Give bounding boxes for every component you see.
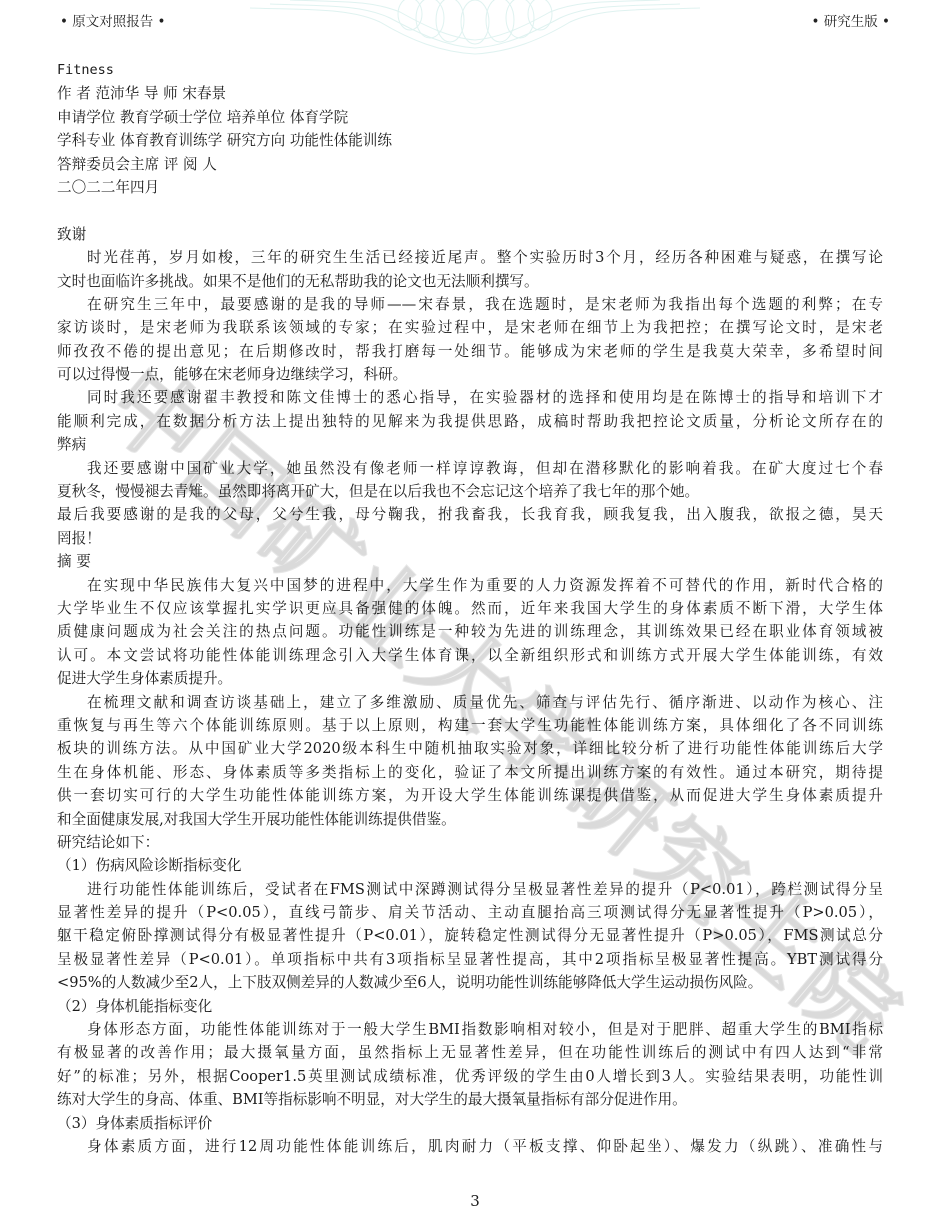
paragraph-line: 师孜孜不倦的提出意见；在后期修改时，帮我打磨每一处细节。能够成为宋老师的学生是我… bbox=[57, 340, 883, 363]
paragraph-line: 生在身体机能、形态、身体素质等多类指标上的变化，验证了本文所提出训练方案的有效性… bbox=[57, 761, 883, 784]
committee-line: 答辩委员会主席 评 阅 人 bbox=[57, 153, 883, 176]
paragraph-line: 在实现中华民族伟大复兴中国梦的进程中，大学生作为重要的人力资源发挥着不可替代的作… bbox=[57, 574, 883, 597]
paragraph-line: <95%的人数减少至2人，上下肢双侧差异的人数减少至6人，说明功能性训练能够降低… bbox=[57, 971, 883, 994]
paragraph-line: 身体形态方面，功能性体能训练对于一般大学生BMI指数影响相对较小，但是对于肥胖、… bbox=[57, 1018, 883, 1041]
document-body: Fitness 作 者 范沛华 导 师 宋春景 申请学位 教育学硕士学位 培养单… bbox=[57, 59, 883, 1158]
paragraph-line: 能顺利完成，在数据分析方法上提出独特的见解来为我提供思路，成稿时帮助我把控论文质… bbox=[57, 410, 883, 433]
paragraph-line: 好”的标准；另外，根据Cooper1.5英里测试成绩标准，优秀评级的学生由0人增… bbox=[57, 1065, 883, 1088]
abstract-section: 摘 要 在实现中华民族伟大复兴中国梦的进程中，大学生作为重要的人力资源发挥着不可… bbox=[57, 550, 883, 1158]
paragraph-line: 板块的训练方法。从中国矿业大学2020级本科生中随机抽取实验对象，详细比较分析了… bbox=[57, 737, 883, 760]
paragraph-line: 大学毕业生不仅应该掌握扎实学识更应具备强健的体魄。然而，近年来我国大学生的身体素… bbox=[57, 597, 883, 620]
section-heading: 摘 要 bbox=[57, 550, 883, 573]
paragraph-line: 练对大学生的身高、体重、BMI等指标影响不明显，对大学生的最大摄氧量指标有部分促… bbox=[57, 1088, 883, 1111]
page-number: 3 bbox=[0, 1192, 950, 1210]
paragraph-line: 进行功能性体能训练后，受试者在FMS测试中深蹲测试得分呈极显著性差异的提升（P<… bbox=[57, 878, 883, 901]
subsection-heading: （2）身体机能指标变化 bbox=[57, 995, 883, 1018]
conclusion-body-function: （2）身体机能指标变化 身体形态方面，功能性体能训练对于一般大学生BMI指数影响… bbox=[57, 995, 883, 1112]
paragraph-line: 在梳理文献和调查访谈基础上，建立了多维激励、质量优先、筛查与评估先行、循序渐进、… bbox=[57, 691, 883, 714]
paragraph-line: 身体素质方面，进行12周功能性体能训练后，肌肉耐力（平板支撑、仰卧起坐）、爆发力… bbox=[57, 1135, 883, 1158]
title-block: Fitness 作 者 范沛华 导 师 宋春景 申请学位 教育学硕士学位 培养单… bbox=[57, 59, 883, 199]
paragraph-line: 时光荏苒，岁月如梭，三年的研究生生活已经接近尾声。整个实验历时3个月，经历各种困… bbox=[57, 246, 883, 269]
paragraph-line: 质健康问题成为社会关注的热点问题。功能性训练是一种较为先进的训练理念，其训练效果… bbox=[57, 620, 883, 643]
paragraph-line: 在研究生三年中，最要感谢的是我的导师——宋春景，我在选题时，是宋老师为我指出每个… bbox=[57, 293, 883, 316]
paragraph-line: 和全面健康发展,对我国大学生开展功能性体能训练提供借鉴。 bbox=[57, 808, 883, 831]
subsection-heading: （1）伤病风险诊断指标变化 bbox=[57, 854, 883, 877]
paragraph-line: 家访谈时，是宋老师为我联系该领域的专家；在实验过程中，是宋老师在细节上为我把控；… bbox=[57, 316, 883, 339]
paragraph-line: 供一套切实可行的大学生功能性体能训练方案，为开设大学生体能训练课提供借鉴，从而促… bbox=[57, 784, 883, 807]
section-heading: 致谢 bbox=[57, 223, 883, 246]
paragraph-line: 重恢复与再生等六个体能训练原则。基于以上原则，构建一套大学生功能性体能训练方案，… bbox=[57, 714, 883, 737]
paragraph-line: 显著性差异的提升（P<0.05），直线弓箭步、肩关节活动、主动直腿抬高三项测试得… bbox=[57, 901, 883, 924]
paragraph-line: 夏秋冬，慢慢褪去青雉。虽然即将离开矿大，但是在以后我也不会忘记这个培养了我七年的… bbox=[57, 480, 883, 503]
paragraph-line: 呈极显著性差异（P<0.01）。单项指标中共有3项指标呈显著性提高，其中2项指标… bbox=[57, 948, 883, 971]
conclusion-physical-fitness: （3）身体素质指标评价 身体素质方面，进行12周功能性体能训练后，肌肉耐力（平板… bbox=[57, 1112, 883, 1159]
major-line: 学科专业 体育教育训练学 研究方向 功能性体能训练 bbox=[57, 129, 883, 152]
paragraph-line: 我还要感谢中国矿业大学，她虽然没有像老师一样谆谆教诲，但却在潜移默化的影响着我。… bbox=[57, 457, 883, 480]
report-type-label: • 原文对照报告 • bbox=[60, 10, 166, 30]
acknowledgements-section: 致谢 时光荏苒，岁月如梭，三年的研究生生活已经接近尾声。整个实验历时3个月，经历… bbox=[57, 223, 883, 550]
conclusion-injury-risk: （1）伤病风险诊断指标变化 进行功能性体能训练后，受试者在FMS测试中深蹲测试得… bbox=[57, 854, 883, 994]
paragraph-line: 促进大学生身体素质提升。 bbox=[57, 667, 883, 690]
paragraph-line: 躯干稳定俯卧撑测试得分有极显著性提升（P<0.01），旋转稳定性测试得分无显著性… bbox=[57, 924, 883, 947]
paragraph-line: 罔报！ bbox=[57, 527, 883, 550]
paragraph-line: 同时我还要感谢翟丰教授和陈文佳博士的悉心指导，在实验器材的选择和使用均是在陈博士… bbox=[57, 386, 883, 409]
page-header: • 原文对照报告 • • 研究生版 • bbox=[0, 10, 950, 32]
degree-line: 申请学位 教育学硕士学位 培养单位 体育学院 bbox=[57, 106, 883, 129]
author-line: 作 者 范沛华 导 师 宋春景 bbox=[57, 82, 883, 105]
subsection-heading: （3）身体素质指标评价 bbox=[57, 1112, 883, 1135]
edition-label: • 研究生版 • bbox=[811, 10, 890, 30]
document-title: Fitness bbox=[57, 59, 883, 82]
paragraph-line: 有极显著的改善作用；最大摄氧量方面，虽然指标上无显著性差异，但在功能性训练后的测… bbox=[57, 1041, 883, 1064]
paragraph-line: 弊病 bbox=[57, 433, 883, 456]
conclusions-heading: 研究结论如下： bbox=[57, 831, 883, 854]
paragraph-line: 文时也面临许多挑战。如果不是他们的无私帮助我的论文也无法顺利撰写。 bbox=[57, 270, 883, 293]
paragraph-line: 最后我要感谢的是我的父母，父兮生我，母兮鞠我，拊我畜我，长我育我，顾我复我，出入… bbox=[57, 503, 883, 526]
spacer bbox=[57, 199, 883, 222]
paragraph-line: 可以过得慢一点，能够在宋老师身边继续学习，科研。 bbox=[57, 363, 883, 386]
paragraph-line: 认可。本文尝试将功能性体能训练理念引入大学生体育课，以全新组织形式和训练方式开展… bbox=[57, 644, 883, 667]
date-line: 二〇二二年四月 bbox=[57, 176, 883, 199]
